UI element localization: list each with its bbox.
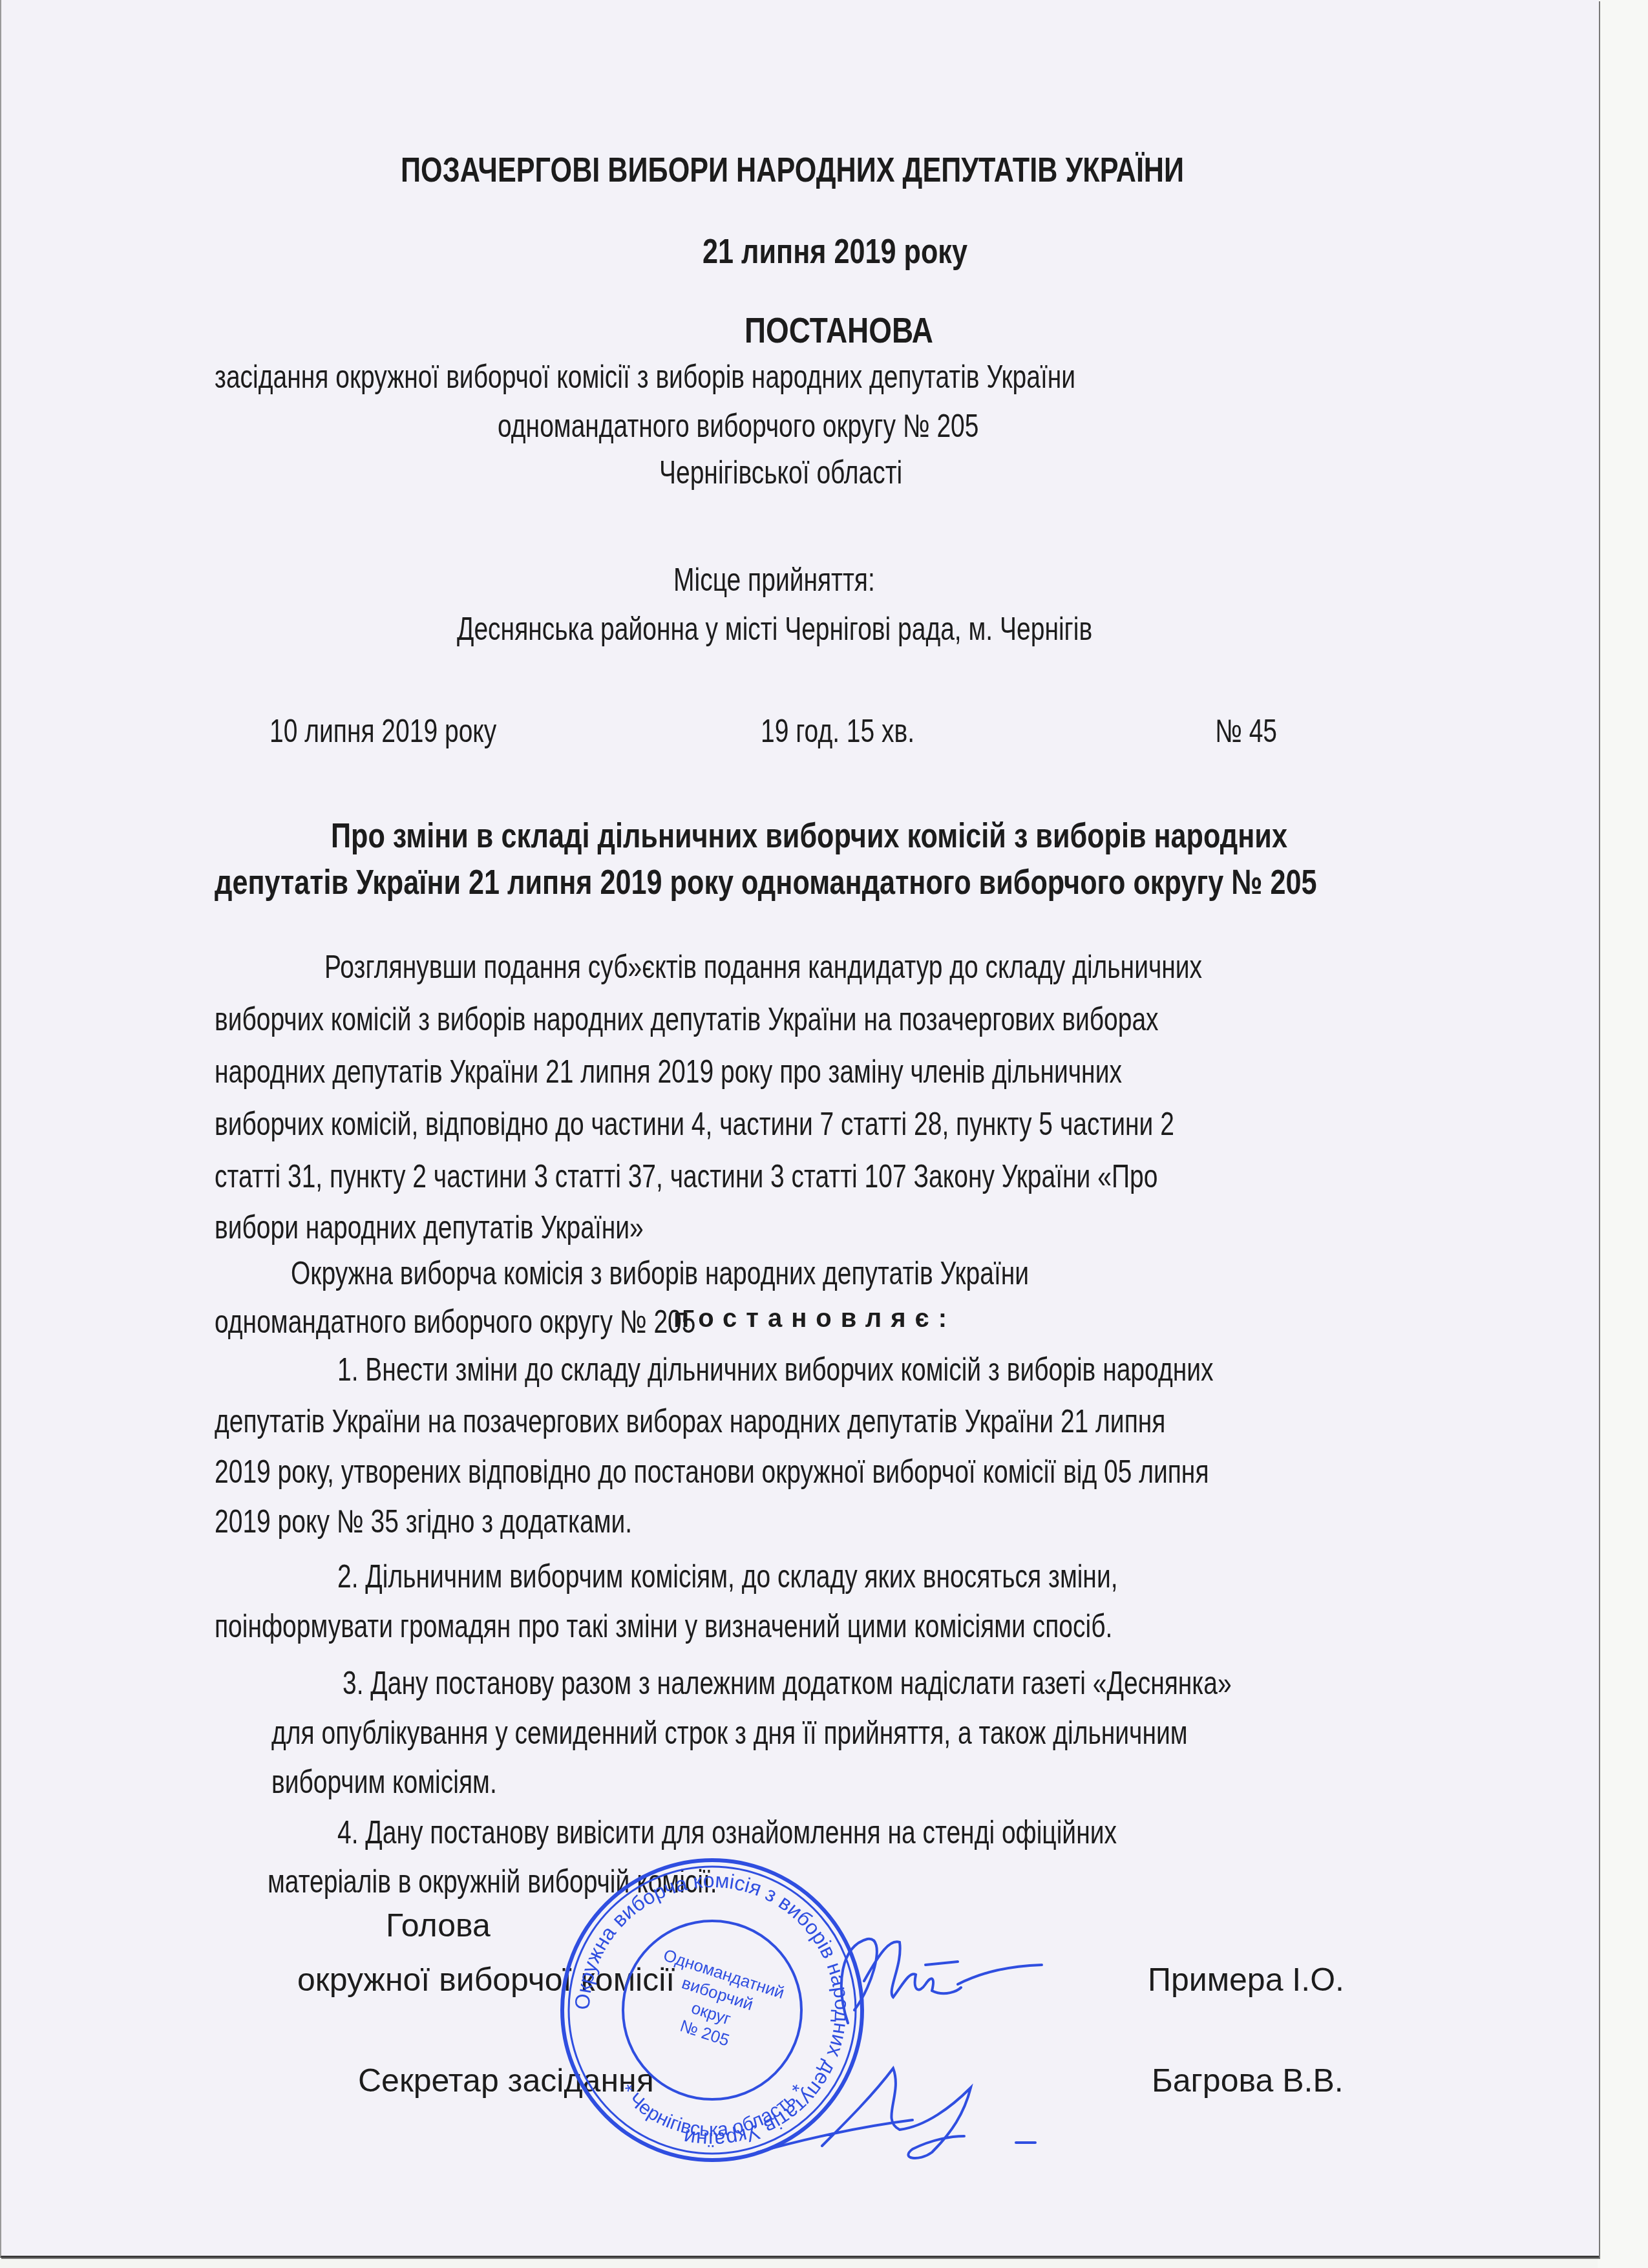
resolution-intro-line-2: одномандатного виборчого округу № 205 <box>215 1303 696 1341</box>
secretary-signature-icon <box>745 2023 1055 2165</box>
election-date: 21 липня 2019 року <box>703 231 967 271</box>
resolution-keyword: постановляє: <box>673 1304 956 1333</box>
scan-margin <box>1598 0 1648 2268</box>
document-date: 10 липня 2019 року <box>269 712 496 750</box>
subtitle-line-2: одномандатного виборчого округу № 205 <box>498 407 979 445</box>
item-line: для опублікування у семиденний строк з д… <box>271 1714 1188 1752</box>
chair-signature-icon <box>829 1926 1061 2030</box>
preamble-line: народних депутатів України 21 липня 2019… <box>215 1053 1122 1090</box>
item-line: поінформувати громадян про такі зміни у … <box>215 1607 1112 1645</box>
secretary-name: Багрова В.В. <box>1152 2062 1344 2099</box>
item-line: 4. Дану постанову вивісити для ознайомле… <box>337 1814 1117 1851</box>
item-line: 2019 року № 35 згідно з додатками. <box>215 1503 632 1540</box>
preamble-line: Розглянувши подання суб»єктів подання ка… <box>324 948 1202 986</box>
subtitle-line-3: Чернігівської області <box>659 454 902 491</box>
place-value: Деснянська районна у місті Чернігові рад… <box>457 610 1092 648</box>
preamble-line: виборчих комісій, відповідно до частини … <box>215 1105 1174 1143</box>
preamble-line: вибори народних депутатів України» <box>215 1209 644 1246</box>
resolution-intro-line-1: Окружна виборча комісія з виборів народн… <box>291 1255 1029 1292</box>
item-line: 2. Дільничним виборчим комісіям, до скла… <box>337 1558 1118 1595</box>
place-label: Місце прийняття: <box>673 561 875 599</box>
subject-line-1: Про зміни в складі дільничних виборчих к… <box>331 816 1287 856</box>
item-line: 3. Дану постанову разом з належним додат… <box>343 1664 1232 1702</box>
document-page: ПОЗАЧЕРГОВІ ВИБОРИ НАРОДНИХ ДЕПУТАТІВ УК… <box>0 0 1599 2258</box>
election-title: ПОЗАЧЕРГОВІ ВИБОРИ НАРОДНИХ ДЕПУТАТІВ УК… <box>401 150 1184 190</box>
preamble-line: виборчих комісій з виборів народних депу… <box>215 1001 1159 1038</box>
document-time: 19 год. 15 хв. <box>761 712 914 750</box>
chair-name: Примера І.О. <box>1148 1961 1344 1998</box>
item-line: виборчим комісіям. <box>271 1763 497 1801</box>
preamble-line: статті 31, пункту 2 частини 3 статті 37,… <box>215 1158 1157 1195</box>
document-type: ПОСТАНОВА <box>745 309 933 351</box>
item-line: 1. Внести зміни до складу дільничних виб… <box>337 1351 1213 1388</box>
item-line: 2019 року, утворених відповідно до поста… <box>215 1453 1209 1490</box>
document-number: № 45 <box>1215 712 1277 750</box>
chair-title-line-1: Голова <box>386 1907 491 1944</box>
subject-line-2: депутатів України 21 липня 2019 року одн… <box>215 862 1317 902</box>
subtitle-line-1: засідання окружної виборчої комісії з ви… <box>215 358 1075 396</box>
item-line: депутатів України на позачергових вибора… <box>215 1403 1165 1440</box>
